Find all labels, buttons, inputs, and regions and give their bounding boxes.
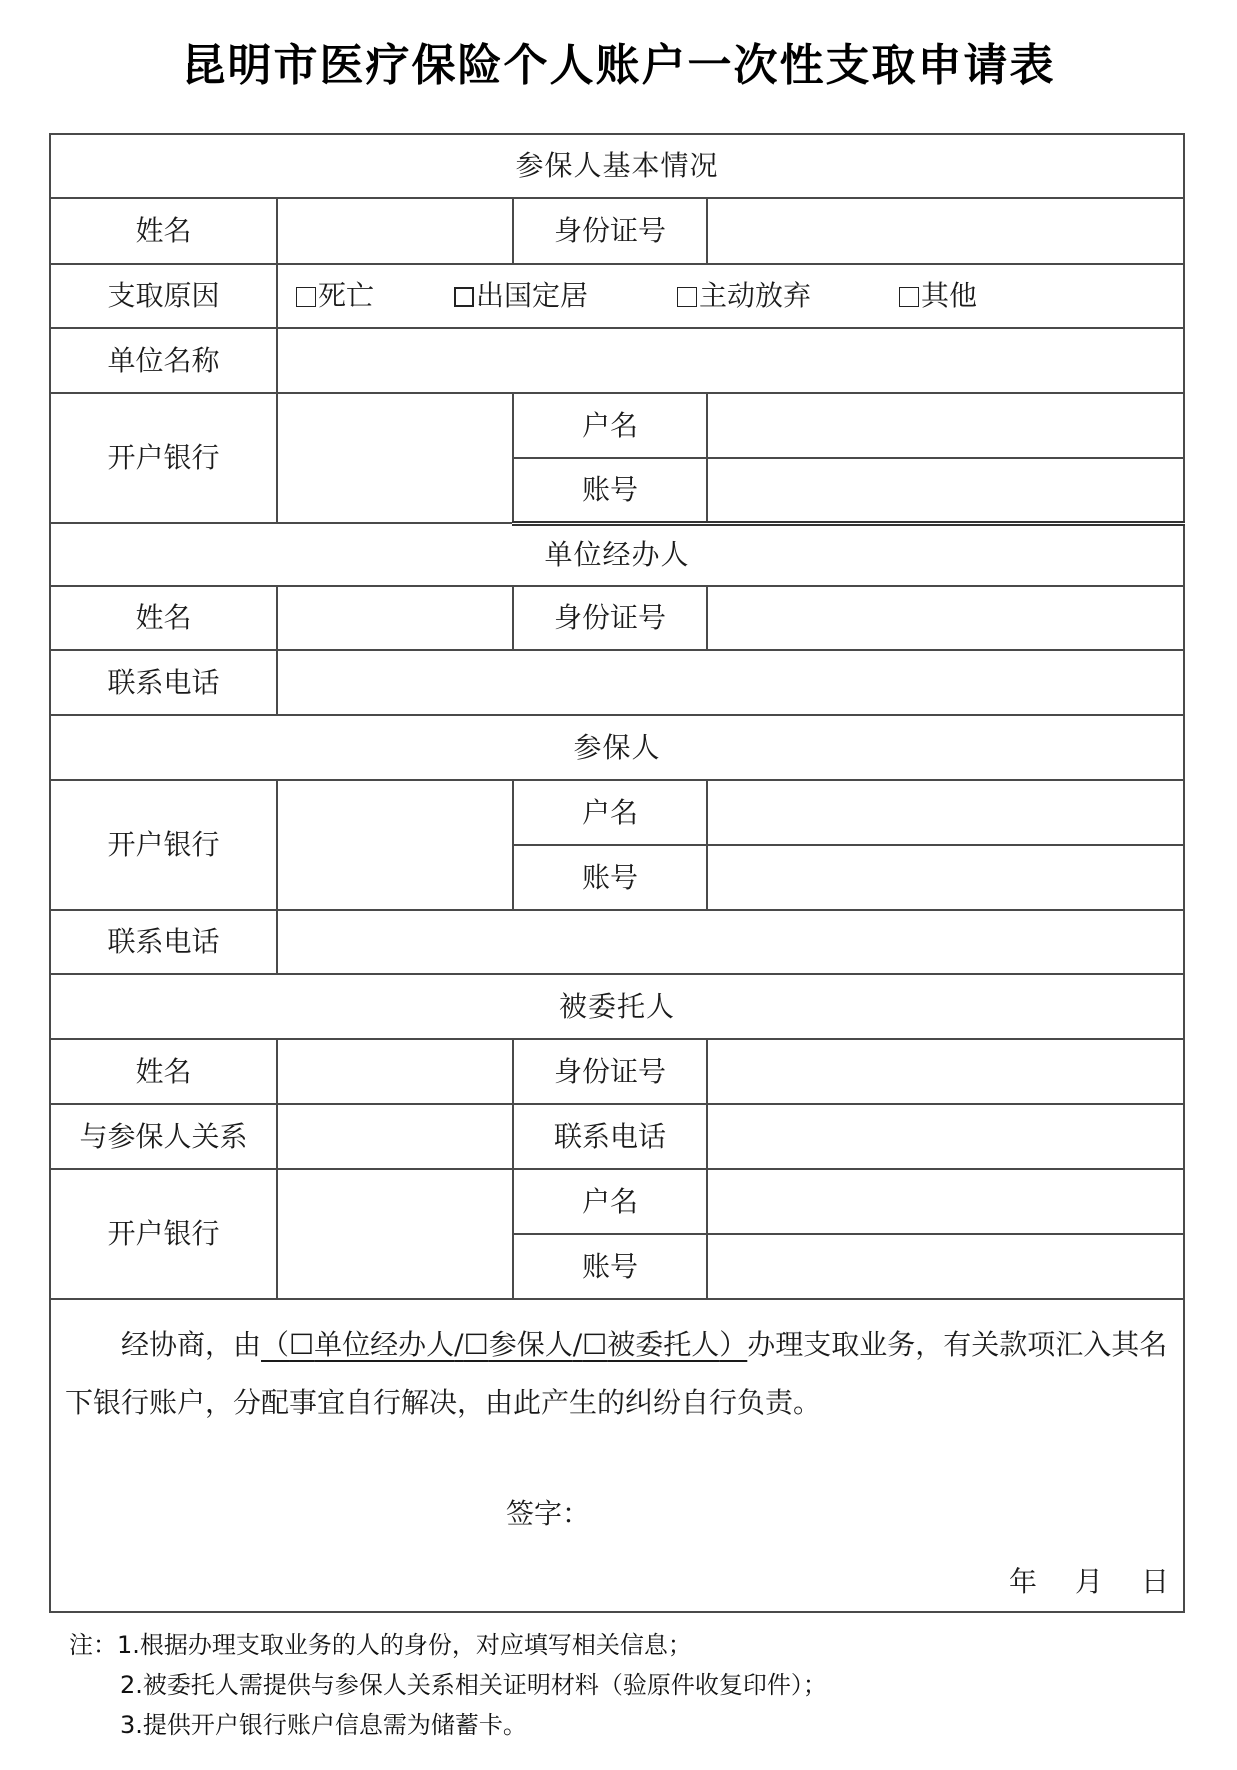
handler-option-insured[interactable]: ☐参保人 xyxy=(464,1328,573,1361)
trustee-relation-label: 与参保人关系 xyxy=(50,1104,277,1169)
section-header-employer-agent: 单位经办人 xyxy=(50,523,1184,586)
handler-options: （☐单位经办人/☐参保人/☐被委托人） xyxy=(261,1328,747,1361)
note-item-3: 3.提供开户银行账户信息需为储蓄卡。 xyxy=(69,1705,827,1745)
application-form-table: 参保人基本情况 姓名 身份证号 支取原因 死亡出国定居主动放弃其他 单位名称 开… xyxy=(49,133,1185,1613)
insured-name-label: 姓名 xyxy=(50,198,277,264)
trustee-name-label: 姓名 xyxy=(50,1039,277,1104)
trustee-id-field[interactable] xyxy=(707,1039,1184,1104)
insured-basic-account-no-label: 账号 xyxy=(513,458,707,523)
trustee-account-no-label: 账号 xyxy=(513,1234,707,1299)
checkbox-icon[interactable]: ☐ xyxy=(289,1328,314,1361)
insured-name-field[interactable] xyxy=(277,198,513,264)
insured-id-label: 身份证号 xyxy=(513,198,707,264)
signature-date: 年月日 xyxy=(971,1568,1169,1596)
agreement-cell: 经协商，由（☐单位经办人/☐参保人/☐被委托人）办理支取业务，有关款项汇入其名下… xyxy=(50,1299,1184,1612)
note-item-2: 2.被委托人需提供与参保人关系相关证明材料（验原件收复印件）； xyxy=(69,1665,827,1705)
checkbox-icon[interactable]: ☐ xyxy=(582,1328,607,1361)
trustee-phone-field[interactable] xyxy=(707,1104,1184,1169)
signature-label: 签字： xyxy=(506,1500,590,1528)
insured-basic-account-name-field[interactable] xyxy=(707,393,1184,458)
trustee-account-name-field[interactable] xyxy=(707,1169,1184,1234)
insured-account-name-label: 户名 xyxy=(513,780,707,845)
checkbox-icon[interactable] xyxy=(454,287,474,307)
form-title: 昆明市医疗保险个人账户一次性支取申请表 xyxy=(0,38,1237,94)
insured-basic-bank-label: 开户银行 xyxy=(50,393,277,523)
reason-option-other[interactable]: 其他 xyxy=(899,282,977,310)
insured-bank-field[interactable] xyxy=(277,780,513,910)
insured-phone-field[interactable] xyxy=(277,910,1184,974)
trustee-account-no-field[interactable] xyxy=(707,1234,1184,1299)
insured-phone-label: 联系电话 xyxy=(50,910,277,974)
trustee-bank-field[interactable] xyxy=(277,1169,513,1299)
employer-name-label: 单位名称 xyxy=(50,328,277,393)
insured-basic-bank-field[interactable] xyxy=(277,393,513,523)
insured-account-no-field[interactable] xyxy=(707,845,1184,910)
note-item-1: 注：1.根据办理支取业务的人的身份，对应填写相关信息； xyxy=(69,1625,827,1665)
trustee-bank-label: 开户银行 xyxy=(50,1169,277,1299)
agreement-text: 经协商，由（☐单位经办人/☐参保人/☐被委托人）办理支取业务，有关款项汇入其名下… xyxy=(65,1316,1169,1432)
agent-id-label: 身份证号 xyxy=(513,586,707,650)
insured-basic-account-no-field[interactable] xyxy=(707,458,1184,523)
handler-option-trustee[interactable]: ☐被委托人 xyxy=(582,1328,719,1361)
checkbox-icon[interactable] xyxy=(899,287,919,307)
trustee-id-label: 身份证号 xyxy=(513,1039,707,1104)
trustee-phone-label: 联系电话 xyxy=(513,1104,707,1169)
employer-name-field[interactable] xyxy=(277,328,1184,393)
notes: 注：1.根据办理支取业务的人的身份，对应填写相关信息； 2.被委托人需提供与参保… xyxy=(69,1625,827,1745)
agent-id-field[interactable] xyxy=(707,586,1184,650)
date-month: 月 xyxy=(1075,1565,1103,1598)
insured-bank-label: 开户银行 xyxy=(50,780,277,910)
insured-account-name-field[interactable] xyxy=(707,780,1184,845)
trustee-name-field[interactable] xyxy=(277,1039,513,1104)
date-day: 日 xyxy=(1141,1565,1169,1598)
agent-name-field[interactable] xyxy=(277,586,513,650)
checkbox-icon[interactable] xyxy=(296,287,316,307)
insured-basic-account-name-label: 户名 xyxy=(513,393,707,458)
section-header-insured-basic: 参保人基本情况 xyxy=(50,134,1184,198)
withdraw-reason-options: 死亡出国定居主动放弃其他 xyxy=(277,264,1184,328)
checkbox-icon[interactable]: ☐ xyxy=(464,1328,489,1361)
agent-phone-label: 联系电话 xyxy=(50,650,277,715)
insured-account-no-label: 账号 xyxy=(513,845,707,910)
insured-id-field[interactable] xyxy=(707,198,1184,264)
section-header-trustee: 被委托人 xyxy=(50,974,1184,1039)
withdraw-reason-label: 支取原因 xyxy=(50,264,277,328)
section-header-insured: 参保人 xyxy=(50,715,1184,780)
agent-phone-field[interactable] xyxy=(277,650,1184,715)
reason-option-voluntary[interactable]: 主动放弃 xyxy=(677,282,899,310)
trustee-account-name-label: 户名 xyxy=(513,1169,707,1234)
date-year: 年 xyxy=(1009,1565,1037,1598)
checkbox-icon[interactable] xyxy=(677,287,697,307)
trustee-relation-field[interactable] xyxy=(277,1104,513,1169)
handler-option-agent[interactable]: ☐单位经办人 xyxy=(289,1328,454,1361)
reason-option-death[interactable]: 死亡 xyxy=(296,282,454,310)
reason-option-emigration[interactable]: 出国定居 xyxy=(454,282,677,310)
agent-name-label: 姓名 xyxy=(50,586,277,650)
